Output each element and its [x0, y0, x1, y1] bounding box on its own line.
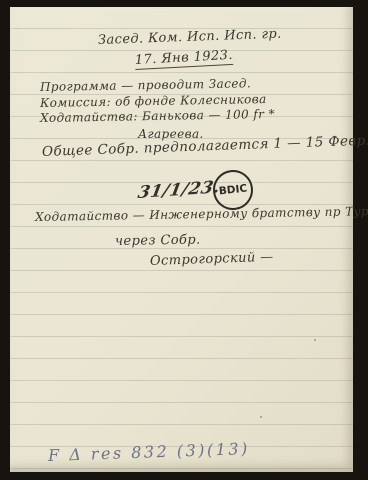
date-line: 17. Янв 1923. [135, 48, 234, 70]
paper-speck [260, 416, 262, 418]
note-line-program: Программа — проводит Засед. [40, 76, 251, 94]
bdic-stamp-label: BDIC [218, 183, 247, 198]
second-date-line: 31/1/23. [136, 177, 221, 203]
note-line-ostrogorsky: Острогорский — [150, 250, 274, 269]
note-paper: Засед. Ком. Исп. Исп. гр. 17. Янв 1923. … [10, 7, 353, 472]
session-title-line: Засед. Ком. Исп. Исп. гр. [98, 27, 282, 48]
paper-speck [314, 339, 316, 341]
note-line-cherez-sobr: через Собр. [115, 233, 201, 249]
note-line-petition-2: Ходатайство — Инженерному братству пр Ту… [35, 204, 368, 224]
note-line-assembly: Общее Собр. предполагается 1 — 15 Февр. [42, 133, 368, 160]
note-line-petition: Ходатайства: Банькова — 100 fr * [40, 107, 275, 125]
shelfmark: F Δ res 832 (3)(13) [48, 439, 250, 465]
